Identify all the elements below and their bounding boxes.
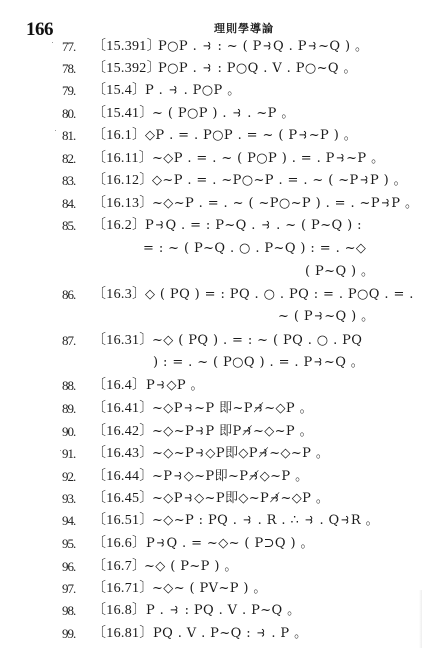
entry-formula: ~◇P⥽◇~P即◇~P⥽̸~◇P 。 [152, 489, 329, 509]
entry-number: 89. [62, 399, 88, 419]
entry-formula: ~◇ ( P~P ) 。 [144, 557, 238, 577]
entry-reference: 〔16.11〕 [92, 149, 153, 169]
entry-formula: ◇~P . = . ~P○~P . = . ~ ( ~P⥽P ) 。 [152, 171, 407, 191]
entry-number: 92. [62, 467, 88, 487]
entry-formula-continuation: = : ~ ( P~Q . ○ . P~Q ) : = . ~◇ [143, 239, 366, 259]
entry-reference: 〔16.81〕 [92, 624, 154, 644]
entry-formula: ~◇ ( PQ ) . = : ~ ( PQ . ○ . PQ [152, 331, 362, 351]
entry-formula: ~◇P . = . ~ ( P○P ) . = . P⥽~P 。 [152, 149, 385, 169]
entry-number: 91. [62, 444, 88, 464]
theorem-list: 77. 〔15.391〕 P○P . ⥽ : ~ ( P⥽Q . P⥽~Q ) … [0, 0, 422, 648]
entry-formula: ~◇~ ( PV~P ) 。 [152, 579, 267, 599]
entry-reference: 〔16.43〕 [92, 444, 154, 464]
entry-formula: ◇P . = . P○P . = ~ ( P⥽~P ) 。 [145, 126, 357, 146]
entry-reference: 〔15.41〕 [92, 104, 154, 124]
scan-speck [52, 42, 53, 43]
entry-reference: 〔16.7〕 [92, 557, 146, 577]
entry-number: 95. [62, 534, 88, 554]
entry-formula: P⥽◇P 。 [146, 376, 204, 396]
entry-reference: 〔15.392〕 [92, 59, 161, 79]
entry-number: 90. [62, 422, 88, 442]
entry-formula-continuation: ~ ( P⥽~Q ) 。 [278, 307, 375, 327]
entry-reference: 〔16.3〕 [92, 285, 146, 305]
entry-reference: 〔16.12〕 [92, 171, 154, 191]
entry-reference: 〔16.41〕 [92, 399, 154, 419]
entry-number: 79. [62, 81, 88, 101]
entry-formula: ◇ ( PQ ) = : PQ . ○ . PQ : = . P○Q . = . [145, 285, 414, 305]
entry-reference: 〔16.13〕 [92, 194, 154, 214]
entry-formula: P○P . ⥽ : ~ ( P⥽Q . P⥽~Q ) 。 [158, 37, 368, 57]
entry-reference: 〔16.6〕 [92, 534, 146, 554]
entry-number: 93. [62, 489, 88, 509]
entry-number: 84. [62, 194, 88, 214]
entry-formula: ~◇P⥽~P 即~P⥽̸~◇P 。 [152, 399, 313, 419]
entry-formula: ~◇~P : PQ . ⥽ . R . ∴ ⥽ . Q⥽R 。 [152, 511, 379, 531]
entry-number: 97. [62, 579, 88, 599]
entry-number: 81. [62, 126, 88, 146]
entry-number: 83. [62, 171, 88, 191]
entry-reference: 〔15.4〕 [92, 81, 146, 101]
entry-reference: 〔16.51〕 [92, 511, 154, 531]
entry-reference: 〔16.31〕 [92, 331, 154, 351]
entry-formula: ~ ( P○P ) . ⥽ . ~P 。 [152, 104, 295, 124]
entry-number: 78. [62, 59, 88, 79]
entry-formula: P . ⥽ . P○P 。 [145, 81, 241, 101]
entry-number: 99. [62, 624, 88, 644]
entry-reference: 〔16.45〕 [92, 489, 154, 509]
entry-formula: P⥽Q . = ~◇~ ( P⊃Q ) 。 [146, 534, 314, 554]
entry-formula: ~◇~P . = . ~ ( ~P○~P ) . = . ~P⥽P 。 [152, 194, 418, 214]
entry-formula: P . ⥽ : PQ . V . P~Q 。 [146, 601, 301, 621]
entry-number: 80. [62, 104, 88, 124]
scan-speck [60, 450, 61, 451]
entry-reference: 〔16.4〕 [92, 376, 146, 396]
entry-formula: ~P⥽◇~P即~P⥽̸◇~P 。 [152, 467, 308, 487]
entry-formula: PQ . V . P~Q : ⥽ . P 。 [153, 624, 308, 644]
entry-number: 85. [62, 216, 88, 236]
entry-formula-continuation: ( P~Q ) 。 [305, 262, 374, 282]
entry-number: 77. [62, 37, 88, 57]
entry-reference: 〔16.44〕 [92, 467, 154, 487]
entry-formula: ~◇~P⥽P 即P⥽̸~◇~P 。 [152, 422, 313, 442]
entry-reference: 〔16.71〕 [92, 579, 154, 599]
scan-speck [55, 130, 56, 131]
entry-reference: 〔16.1〕 [92, 126, 146, 146]
entry-formula-continuation: ) : = . ~ ( P○Q ) . = . P⥽~Q 。 [153, 353, 364, 373]
entry-formula: ~◇~P⥽◇P即◇P⥽̸~◇~P 。 [152, 444, 329, 464]
entry-number: 86. [62, 285, 88, 305]
entry-reference: 〔16.42〕 [92, 422, 154, 442]
entry-reference: 〔16.8〕 [92, 601, 146, 621]
entry-number: 98. [62, 601, 88, 621]
entry-reference: 〔15.391〕 [92, 37, 161, 57]
entry-number: 82. [62, 149, 88, 169]
entry-number: 87. [62, 331, 88, 351]
entry-number: 94. [62, 511, 88, 531]
entry-formula: P⥽Q . = : P~Q . ⥽ . ~ ( P~Q ) : [145, 216, 362, 236]
entry-number: 88. [62, 376, 88, 396]
entry-reference: 〔16.2〕 [92, 216, 146, 236]
entry-number: 96. [62, 557, 88, 577]
entry-formula: P○P . ⥽ : P○Q . V . P○~Q 。 [158, 59, 357, 79]
